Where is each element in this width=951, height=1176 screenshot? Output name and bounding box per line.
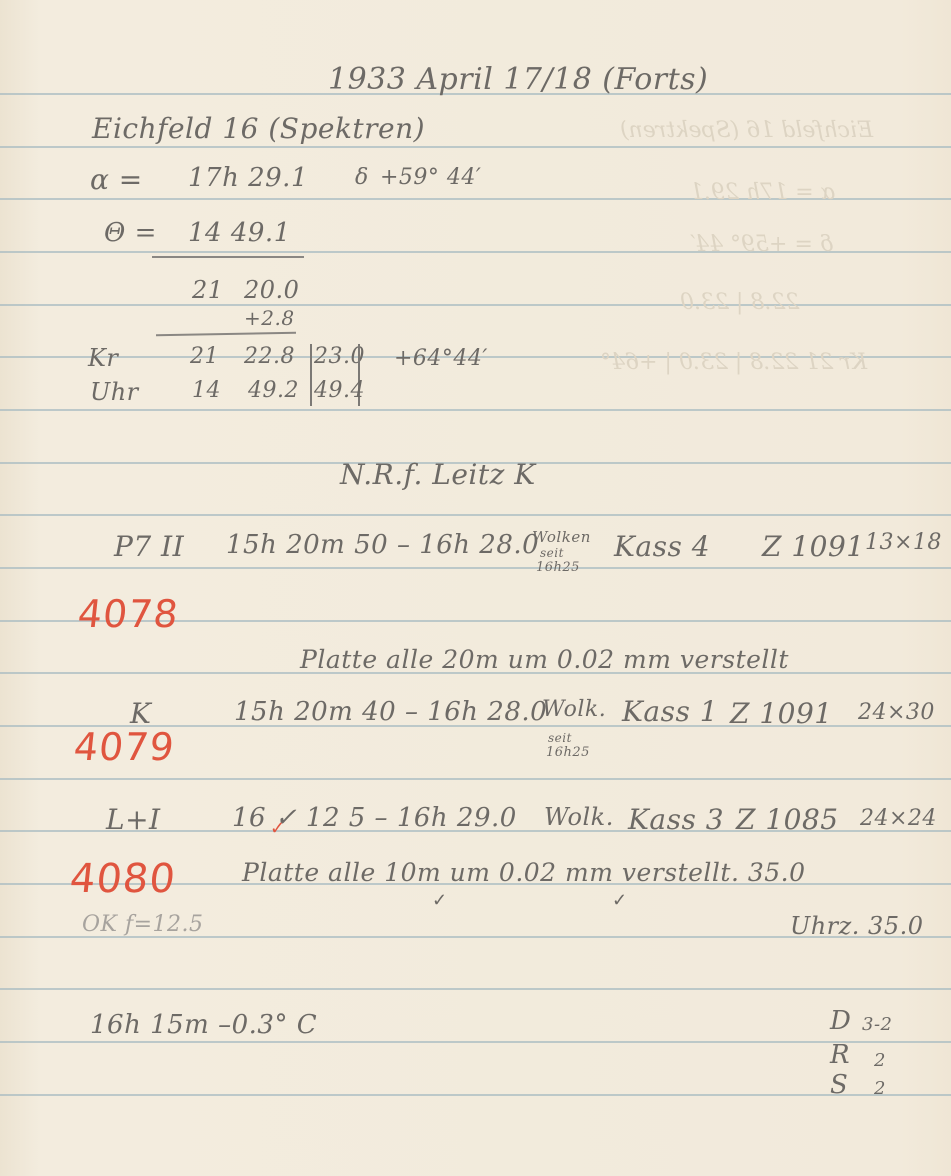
theta-label: Θ = (104, 218, 157, 248)
check-icon: ✓ (432, 890, 447, 911)
entry-instrument: P7 II (114, 530, 184, 563)
ruled-line (0, 1094, 951, 1096)
uhr-label: Uhr (90, 378, 139, 406)
entry-instrument: L+I (106, 803, 161, 836)
entry-note-2: Uhrz. 35.0 (790, 912, 924, 940)
entry-weather: Wolken (532, 528, 591, 546)
entry-size: 13×18 (865, 530, 942, 555)
plate-number: 4079 (72, 725, 177, 769)
kr-hours: 21 (190, 344, 219, 369)
plate-number: 4078 (76, 592, 181, 636)
ruled-line (0, 1041, 951, 1043)
delta-value: +59° 44′ (380, 165, 481, 190)
ruled-line (0, 567, 951, 569)
entry-emulsion: Z 1085 (736, 803, 839, 836)
bleed-through-text: Kr 21 22.8 | 23.0 | +64° (600, 350, 867, 375)
delta-label: δ (355, 165, 369, 190)
entry-emulsion: Z 1091 (730, 697, 833, 730)
sum-line (156, 332, 296, 336)
rating-value: 3-2 (862, 1014, 893, 1035)
entry-time: 15h 20m 50 – 16h 28.0 (226, 530, 539, 560)
ruled-line (0, 409, 951, 411)
rating-symbol: S (830, 1070, 848, 1100)
entry-cassette: Kass 4 (614, 530, 710, 563)
red-check-icon: ✓ (270, 818, 285, 839)
column-divider (310, 344, 312, 406)
entry-weather-note: seit (548, 731, 572, 745)
bleed-through-text: Eichfeld 16 (Spektren) (620, 118, 873, 143)
alpha-label: α = (90, 163, 143, 196)
calc-correction: +2.8 (244, 306, 295, 330)
kr-minutes: 22.8 (244, 344, 295, 369)
calc-minutes: 20.0 (244, 276, 299, 304)
section-title: N.R.f. Leitz K (340, 458, 536, 491)
calc-hours: 21 (192, 276, 224, 304)
entry-weather: Wolk. (544, 803, 614, 831)
theta-value: 14 49.1 (188, 218, 291, 248)
bleed-through-text: α = 17h 29.1 (690, 180, 835, 205)
kr-dec: +64°44′ (394, 346, 488, 371)
entry-size: 24×30 (858, 700, 935, 725)
ruled-line (0, 778, 951, 780)
bleed-through-text: δ = +59° 44′ (690, 232, 833, 257)
ruled-line (0, 514, 951, 516)
notebook-page: Eichfeld 16 (Spektren) α = 17h 29.1 δ = … (0, 0, 951, 1176)
rating-value: 2 (874, 1050, 886, 1071)
rating-value: 2 (874, 1078, 886, 1099)
bleed-through-text: 22.8 | 23.0 (680, 290, 799, 315)
entry-size: 24×24 (860, 806, 937, 831)
check-icon: ✓ (612, 890, 627, 911)
focus-note: OK f=12.5 (82, 912, 204, 937)
entry-weather-note: 16h25 (536, 560, 580, 575)
rating-symbol: D (830, 1006, 851, 1036)
rating-symbol: R (830, 1040, 850, 1070)
entry-cassette: Kass 1 (622, 695, 718, 728)
page-title: 1933 April 17/18 (Forts) (328, 62, 708, 97)
uhr-minutes: 49.2 (248, 378, 299, 403)
entry-note: Platte alle 10m um 0.02 mm verstellt. 35… (242, 858, 806, 887)
uhr-hours: 14 (192, 378, 221, 403)
ruled-line (0, 304, 951, 306)
entry-cassette: Kass 3 (628, 803, 724, 836)
ruled-line (0, 146, 951, 148)
kr-label: Kr (88, 344, 118, 372)
plate-number: 4080 (68, 856, 179, 902)
underline (152, 256, 304, 258)
entry-note: Platte alle 20m um 0.02 mm verstellt (300, 645, 789, 674)
entry-emulsion: Z 1091 (762, 530, 865, 563)
ruled-line (0, 988, 951, 990)
object-name: Eichfeld 16 (Spektren) (92, 112, 425, 145)
alpha-value: 17h 29.1 (188, 163, 308, 193)
temperature-reading: 16h 15m –0.3° C (90, 1010, 317, 1040)
uhr-alt: 49.4 (314, 378, 365, 403)
entry-weather-note: 16h25 (546, 745, 590, 760)
entry-weather: Wolk. (542, 697, 606, 722)
entry-weather-note: seit (540, 546, 564, 560)
entry-time: 15h 20m 40 – 16h 28.0 (234, 697, 547, 727)
